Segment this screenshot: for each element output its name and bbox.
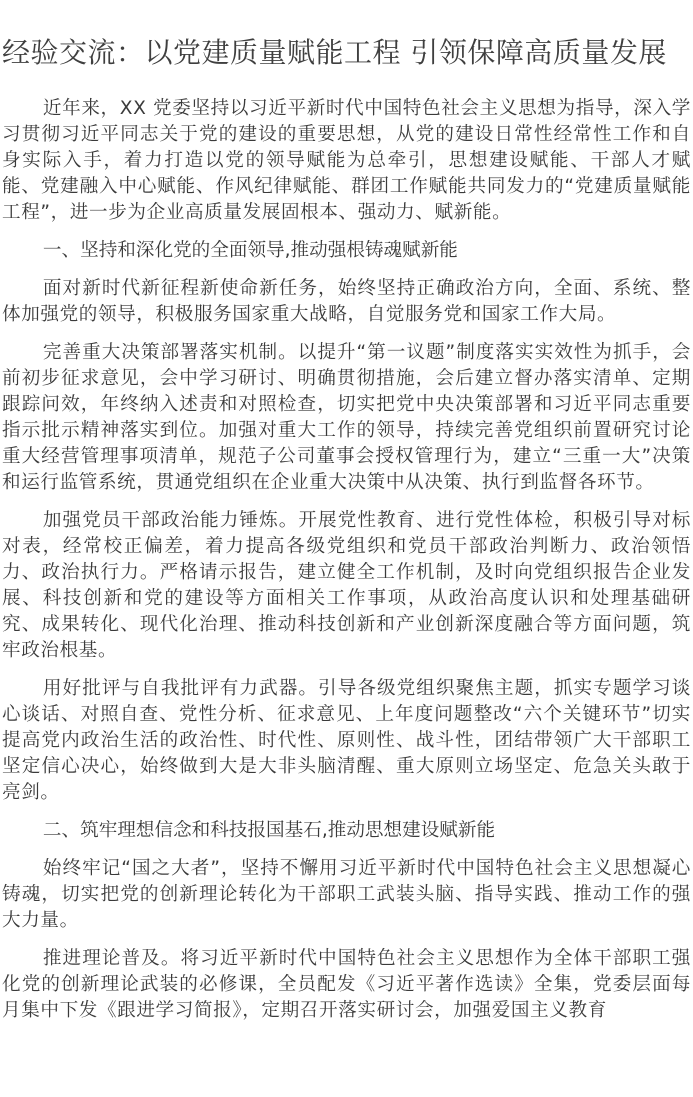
spacer (2, 328, 691, 340)
spacer (2, 844, 691, 856)
spacer (2, 664, 691, 676)
section-heading-2: 二、筑牢理想信念和科技报国基石,推动思想建设赋新能 (2, 818, 691, 844)
spacer (2, 79, 691, 96)
spacer (2, 264, 691, 276)
paragraph: 推进理论普及。将习近平新时代中国特色社会主义思想作为全体干部职工强化党的创新理论… (2, 946, 691, 1024)
spacer (2, 496, 691, 508)
paragraph: 完善重大决策部署落实机制。以提升“第一议题”制度落实实效性为抓手，会前初步征求意… (2, 340, 691, 496)
paragraph: 加强党员干部政治能力锤炼。开展党性教育、进行党性体检，积极引导对标对表，经常校正… (2, 508, 691, 664)
section-heading-1: 一、坚持和深化党的全面领导,推动强根铸魂赋新能 (2, 238, 691, 264)
spacer (2, 226, 691, 238)
paragraph: 始终牢记“国之大者”，坚持不懈用习近平新时代中国特色社会主义思想凝心铸魂，切实把… (2, 856, 691, 934)
paragraph: 用好批评与自我批评有力武器。引导各级党组织聚焦主题，抓实专题学习谈心谈话、对照自… (2, 676, 691, 806)
article-title: 经验交流：以党建质量赋能工程 引领保障高质量发展 (2, 0, 691, 79)
article: 经验交流：以党建质量赋能工程 引领保障高质量发展 近年来，XX 党委坚持以习近平… (0, 0, 693, 1024)
spacer (2, 934, 691, 946)
intro-paragraph: 近年来，XX 党委坚持以习近平新时代中国特色社会主义思想为指导，深入学习贯彻习近… (2, 96, 691, 226)
spacer (2, 806, 691, 818)
paragraph: 面对新时代新征程新使命新任务，始终坚持正确政治方向，全面、系统、整体加强党的领导… (2, 276, 691, 328)
